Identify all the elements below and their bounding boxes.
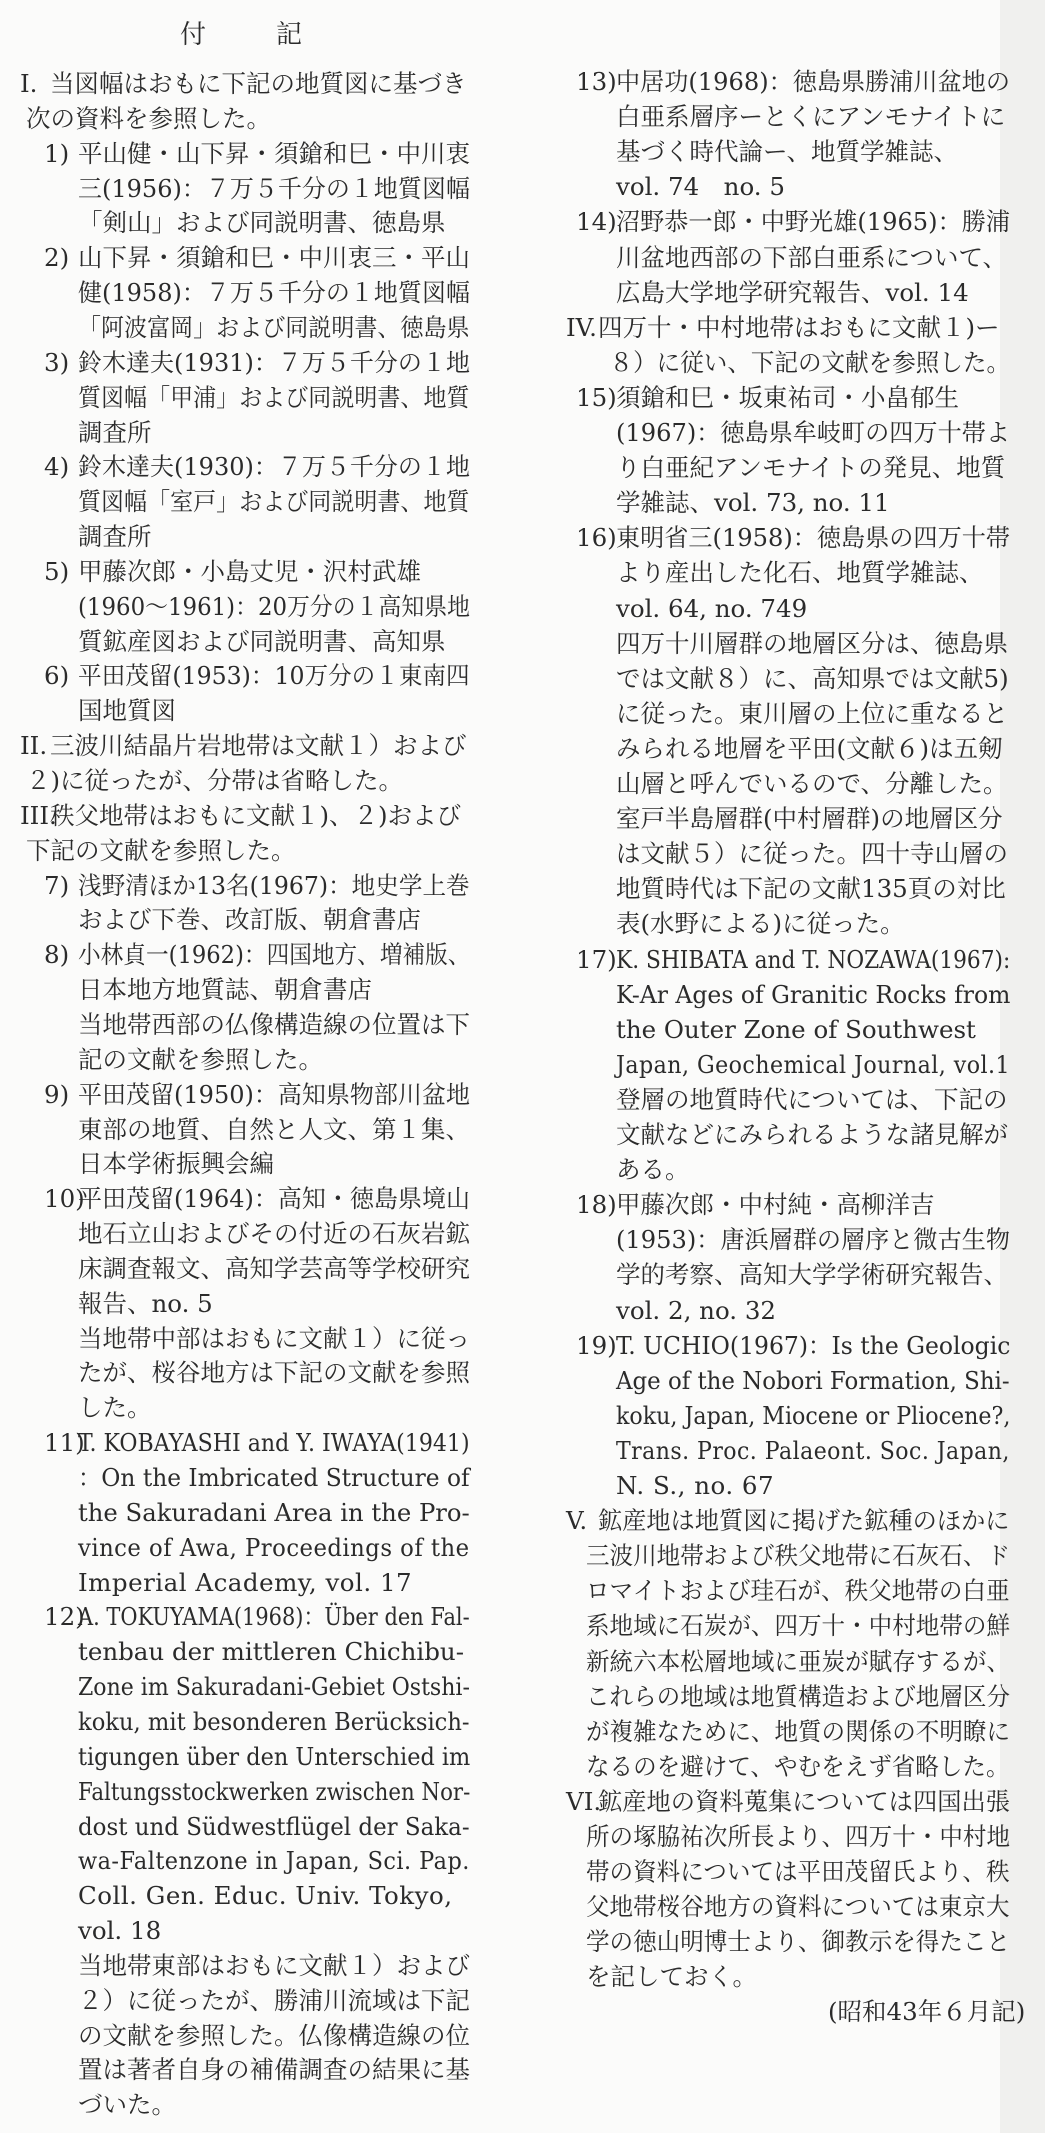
reference-text-line: dost und Südwestflügel der Saka- [78, 1809, 470, 1844]
reference-text-line: wa-Faltenzone in Japan, Sci. Pap. [78, 1843, 470, 1878]
section-text-line: 帯の資料については平田茂留氏より、秩 [586, 1854, 1010, 1889]
reference-text-line: 学雑誌、vol. 73, no. 11 [616, 485, 890, 520]
reference-text-line: 調査所 [78, 415, 152, 450]
section-text-line: 鉱産地は地質図に掲げた鉱種のほかに [598, 1503, 1010, 1538]
section-text-line: を記しておく。 [586, 1959, 757, 1994]
reference-text-line: では文献８）に、高知県では文献5) [616, 661, 1009, 696]
reference-text-line: した。 [78, 1390, 152, 1425]
reference-number: 8) [44, 937, 69, 972]
section-text-line: 次の資料を参照した。 [26, 101, 271, 136]
reference-number: 15) [576, 380, 617, 415]
reference-text-line: Trans. Proc. Palaeont. Soc. Japan, [616, 1433, 1010, 1468]
section-text-line: 秩父地帯はおもに文献１)、２)および [50, 798, 461, 833]
reference-text-line: 置は著者自身の補備調査の結果に基 [78, 2052, 470, 2087]
reference-text-line: 平山健・山下昇・須鎗和巳・中川衷 [78, 136, 470, 171]
reference-text-line: 須鎗和巳・坂東祐司・小畠郁生 [616, 380, 959, 415]
reference-text-line: および下巻、改訂版、朝倉書店 [78, 902, 421, 937]
reference-number: 7) [44, 868, 69, 903]
section-text-line: なるのを避けて、やむをえず省略した。 [586, 1749, 1010, 1784]
reference-number: 6) [44, 658, 69, 693]
reference-number: 18) [576, 1187, 617, 1222]
reference-text-line: 室戸半島層群(中村層群)の地層区分 [616, 801, 1003, 836]
reference-number: 4) [44, 449, 69, 484]
section-text-line: が複雑なために、地質の関係の不明瞭に [586, 1714, 1010, 1749]
reference-text-line: 地質時代は下記の文献135頁の対比 [616, 871, 1006, 906]
reference-text-line: は文献５）に従った。四十寺山層の [616, 836, 1008, 871]
reference-text-line: 報告、no. 5 [78, 1286, 213, 1321]
reference-text-line: 当地帯西部の仏像構造線の位置は下 [78, 1007, 470, 1042]
reference-text-line: 質図幅「甲浦」および同説明書、地質 [78, 380, 470, 415]
section-text-line: 当図幅はおもに下記の地質図に基づき [50, 66, 467, 101]
reference-text-line: 浅野清ほか13名(1967)：地史学上巻 [78, 868, 470, 903]
reference-text-line: 甲藤次郎・小島丈児・沢村武雄 [78, 554, 421, 589]
reference-text-line: A. TOKUYAMA(1968)：Über den Fal- [78, 1599, 470, 1634]
section-text-line: 三波川結晶片岩地帯は文献１）および [50, 728, 467, 763]
reference-text-line: 日本学術振興会編 [78, 1146, 274, 1181]
section-numeral: II. [20, 728, 47, 763]
reference-text-line: koku, Japan, Miocene or Pliocene?, [616, 1398, 1010, 1433]
reference-text-line: 登層の地質時代については、下記の [616, 1082, 1008, 1117]
reference-text-line: T. UCHIO(1967)：Is the Geologic [616, 1328, 1010, 1363]
reference-text-line: り白亜紀アンモナイトの発見、地質 [616, 450, 1005, 485]
reference-text-line: 平田茂留(1964)：高知・徳島県境山 [78, 1181, 470, 1216]
reference-number: 14) [576, 204, 617, 239]
reference-text-line: より産出した化石、地質学雑誌、 [616, 555, 984, 590]
reference-text-line: 四万十川層群の地層区分は、徳島県 [616, 626, 1008, 661]
reference-text-line: 鈴木達夫(1930)：７万５千分の１地 [78, 449, 470, 484]
section-text-line: 系地域に石炭が、四万十・中村地帯の鮮 [586, 1608, 1010, 1643]
reference-text-line: 国地質図 [78, 693, 176, 728]
reference-text-line: 文献などにみられるような諸見解が [616, 1117, 1008, 1152]
reference-number: 5) [44, 554, 69, 589]
reference-text-line: 小林貞一(1962)：四国地方、増補版、 [78, 937, 470, 972]
reference-text-line: たが、桜谷地方は下記の文献を参照 [78, 1355, 470, 1390]
section-text-line: これらの地域は地質構造および地層区分 [586, 1679, 1010, 1714]
reference-text-line: vol. 64, no. 749 [616, 591, 807, 626]
reference-number: 17) [576, 942, 617, 977]
reference-text-line: K-Ar Ages of Granitic Rocks from [616, 977, 1010, 1012]
reference-text-line: (1967)：徳島県牟岐町の四万十帯よ [616, 415, 1010, 450]
reference-text-line: the Outer Zone of Southwest [616, 1012, 976, 1047]
section-text-line: 四万十・中村地帯はおもに文献１)ー [598, 310, 1000, 345]
reference-text-line: 調査所 [78, 519, 152, 554]
reference-text-line: 表(水野による)に従った。 [616, 906, 905, 941]
reference-text-line: 質鉱産図および同説明書、高知県 [78, 624, 446, 659]
reference-text-line: K. SHIBATA and T. NOZAWA(1967): [616, 942, 1010, 977]
reference-text-line: Japan, Geochemical Journal, vol.1 [616, 1047, 1010, 1082]
reference-text-line: the Sakuradani Area in the Pro- [78, 1495, 470, 1530]
section-numeral: VI. [566, 1784, 601, 1819]
section-numeral: V. [566, 1503, 587, 1538]
section-numeral: IV. [566, 310, 597, 345]
reference-text-line: tigungen über den Unterschied im [78, 1739, 470, 1774]
reference-text-line: 三(1956)：７万５千分の１地質図幅 [78, 171, 470, 206]
reference-text-line: づいた。 [78, 2087, 176, 2122]
section-text-line: ロマイトおよび珪石が、秩父地帯の白亜 [586, 1573, 1010, 1608]
reference-text-line: 「阿波富岡」および同説明書、徳島県 [78, 310, 470, 345]
page-title: 付 記 [180, 14, 324, 51]
reference-text-line: 平田茂留(1950)：高知県物部川盆地 [78, 1077, 470, 1112]
reference-text-line: 東明省三(1958)：徳島県の四万十帯 [616, 520, 1010, 555]
reference-number: 2) [44, 240, 69, 275]
reference-text-line: 東部の地質、自然と人文、第１集、 [78, 1112, 470, 1147]
reference-number: 1) [44, 136, 69, 171]
reference-text-line: Age of the Nobori Formation, Shi- [616, 1363, 1010, 1398]
section-text-line: 鉱産地の資料蒐集については四国出張 [598, 1784, 1010, 1819]
reference-text-line: 中居功(1968)：徳島県勝浦川盆地の [616, 64, 1010, 99]
reference-text-line: 学的考察、高知大学学術研究報告、 [616, 1257, 1008, 1292]
reference-text-line: N. S., no. 67 [616, 1468, 774, 1503]
reference-text-line: vol. 2, no. 32 [616, 1293, 776, 1328]
reference-text-line: 川盆地西部の下部白亜系について、 [616, 240, 1007, 275]
section-numeral: I. [20, 66, 37, 101]
reference-text-line: 床調査報文、高知学芸高等学校研究 [78, 1251, 470, 1286]
reference-text-line: 沼野恭一郎・中野光雄(1965)：勝浦 [616, 204, 1010, 239]
section-text-line: ２)に従ったが、分帯は省略した。 [26, 763, 403, 798]
reference-text-line: Coll. Gen. Educ. Univ. Tokyo, [78, 1878, 453, 1913]
reference-text-line: 記の文献を参照した。 [78, 1042, 323, 1077]
date-note: (昭和43年６月記) [828, 1994, 1025, 2029]
reference-text-line: vol. 18 [78, 1913, 161, 1948]
section-text-line: 所の塚脇祐次所長より、四万十・中村地 [586, 1819, 1010, 1854]
reference-text-line: に従った。東川層の上位に重なると [616, 696, 1008, 731]
reference-number: 16) [576, 520, 617, 555]
reference-text-line: vince of Awa, Proceedings of the [78, 1530, 470, 1565]
reference-text-line: 当地帯東部はおもに文献１）および [78, 1948, 470, 1983]
reference-text-line: 当地帯中部はおもに文献１）に従っ [78, 1321, 470, 1356]
reference-text-line: 「剣山」および同説明書、徳島県 [78, 205, 446, 240]
reference-text-line: Faltungsstockwerken zwischen Nor- [78, 1774, 470, 1809]
reference-text-line: みられる地層を平田(文献６)は五剱 [616, 731, 1003, 766]
reference-text-line: の文献を参照した。仏像構造線の位 [78, 2018, 470, 2053]
reference-text-line: 山下昇・須鎗和巳・中川衷三・平山 [78, 240, 470, 275]
reference-text-line: 広島大学地学研究報告、vol. 14 [616, 275, 969, 310]
reference-text-line: 鈴木達夫(1931)：７万５千分の１地 [78, 345, 470, 380]
reference-text-line: T. KOBAYASHI and Y. IWAYA(1941) [78, 1425, 470, 1460]
section-text-line: 新統六本松層地域に亜炭が賦存するが、 [586, 1644, 1010, 1679]
section-text-line: ８）に従い、下記の文献を参照した。 [586, 345, 1010, 380]
reference-text-line: 日本地方地質誌、朝倉書店 [78, 972, 372, 1007]
reference-text-line: vol. 74 no. 5 [616, 169, 785, 204]
reference-text-line: 山層と呼んでいるので、分離した。 [616, 766, 1008, 801]
reference-text-line: (1960～1961)：20万分の１高知県地 [78, 589, 470, 624]
reference-number: 13) [576, 64, 617, 99]
reference-text-line: ある。 [616, 1152, 690, 1187]
reference-number: 9) [44, 1077, 69, 1112]
reference-text-line: 甲藤次郎・中村純・高柳洋吉 [616, 1187, 935, 1222]
section-text-line: 学の徳山明博士より、御教示を得たこと [586, 1924, 1010, 1959]
reference-text-line: ：On the Imbricated Structure of [78, 1460, 470, 1495]
reference-number: 3) [44, 345, 69, 380]
reference-text-line: 白亜系層序ーとくにアンモナイトに [616, 99, 1005, 134]
reference-text-line: tenbau der mittleren Chichibu- [78, 1634, 464, 1669]
reference-text-line: koku, mit besonderen Berücksich- [78, 1704, 470, 1739]
section-text-line: 父地帯桜谷地方の資料については東京大 [586, 1889, 1010, 1924]
section-text-line: 三波川地帯および秩父地帯に石灰石、ド [586, 1538, 1010, 1573]
reference-text-line: Zone im Sakuradani-Gebiet Ostshi- [78, 1669, 470, 1704]
reference-text-line: 健(1958)：７万５千分の１地質図幅 [78, 275, 470, 310]
reference-number: 19) [576, 1328, 617, 1363]
reference-text-line: 地石立山およびその付近の石灰岩鉱 [78, 1216, 470, 1251]
reference-text-line: 基づく時代論ー、地質学雑誌、 [616, 134, 958, 169]
reference-text-line: (1953)：唐浜層群の層序と微古生物 [616, 1222, 1010, 1257]
reference-text-line: ２）に従ったが、勝浦川流域は下記 [78, 1983, 470, 2018]
reference-text-line: 質図幅「室戸」および同説明書、地質 [78, 484, 470, 519]
section-text-line: 下記の文献を参照した。 [26, 833, 296, 868]
reference-text-line: 平田茂留(1953)：10万分の１東南四 [78, 658, 470, 693]
reference-text-line: Imperial Academy, vol. 17 [78, 1565, 412, 1600]
